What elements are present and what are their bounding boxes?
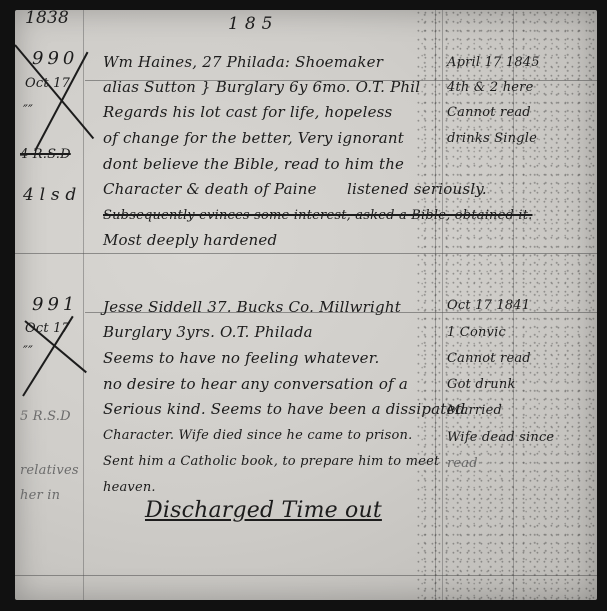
margin-class: 4 l s d	[23, 185, 76, 205]
entry-line: of change for the better, Very ignorant	[103, 129, 404, 147]
entry-line: Most deeply hardened	[103, 231, 277, 249]
entry-line: Wm Haines, 27 Philada: Shoemaker	[103, 53, 383, 71]
margin-note: her in	[20, 488, 60, 503]
column-rule	[435, 10, 436, 600]
right-note: drinks Single	[447, 131, 537, 146]
margin-class: 5 R.S.D	[20, 409, 71, 424]
entry-line: Regards his lot cast for life, hopeless	[103, 103, 392, 121]
right-note: 1 Convic	[447, 325, 506, 340]
entry-line: Serious kind. Seems to have been a dissi…	[103, 400, 465, 418]
right-note: Cannot read	[447, 351, 531, 366]
right-note: 4th & 2 here	[447, 80, 533, 95]
entry-number: 990	[32, 48, 78, 69]
entry-line: Seems to have no feeling whatever.	[103, 349, 379, 367]
entry-line: listened seriously.	[347, 180, 487, 198]
ledger-page: 1838 185 990 Oct 17 ″″ 4 R.S.D 4 l s d W…	[15, 10, 597, 600]
margin-note: relatives	[20, 463, 79, 478]
entry-number: 991	[32, 294, 78, 315]
entry-line: Jesse Siddell 37. Bucks Co. Millwright	[103, 298, 401, 316]
margin-struck-class: 4 R.S.D	[20, 147, 71, 162]
entry-line: heaven.	[103, 480, 156, 495]
entry-line: Character. Wife died since he came to pr…	[103, 428, 412, 443]
entry-line: Sent him a Catholic book, to prepare him…	[103, 454, 439, 469]
right-note: Cannot read	[447, 105, 531, 120]
row-rule	[15, 253, 597, 254]
year-label: 1838	[25, 10, 69, 28]
margin-rule	[83, 10, 84, 600]
entry-line: alias Sutton } Burglary 6y 6mo. O.T. Phi…	[103, 78, 420, 96]
row-rule	[15, 575, 597, 576]
right-note: Oct 17 1841	[447, 298, 530, 313]
right-note: April 17 1845	[447, 55, 540, 70]
right-note: Married	[447, 403, 502, 418]
column-rule	[442, 10, 443, 600]
right-note: read	[447, 456, 478, 471]
entry-line: no desire to hear any conversation of a	[103, 375, 408, 393]
page-number: 185	[228, 14, 278, 34]
entry-line: Burglary 3yrs. O.T. Philada	[103, 323, 313, 341]
margin-mark: ″″	[23, 103, 33, 118]
right-note: Wife dead since	[447, 430, 554, 445]
discharge-note: Discharged Time out	[145, 498, 382, 523]
entry-line: Character & death of Paine	[103, 180, 317, 198]
right-note: Got drunk	[447, 377, 516, 392]
entry-line: dont believe the Bible, read to him the	[103, 155, 404, 173]
margin-mark: ″″	[23, 344, 33, 359]
struck-line: Subsequently evinces some interest, aske…	[103, 208, 533, 223]
